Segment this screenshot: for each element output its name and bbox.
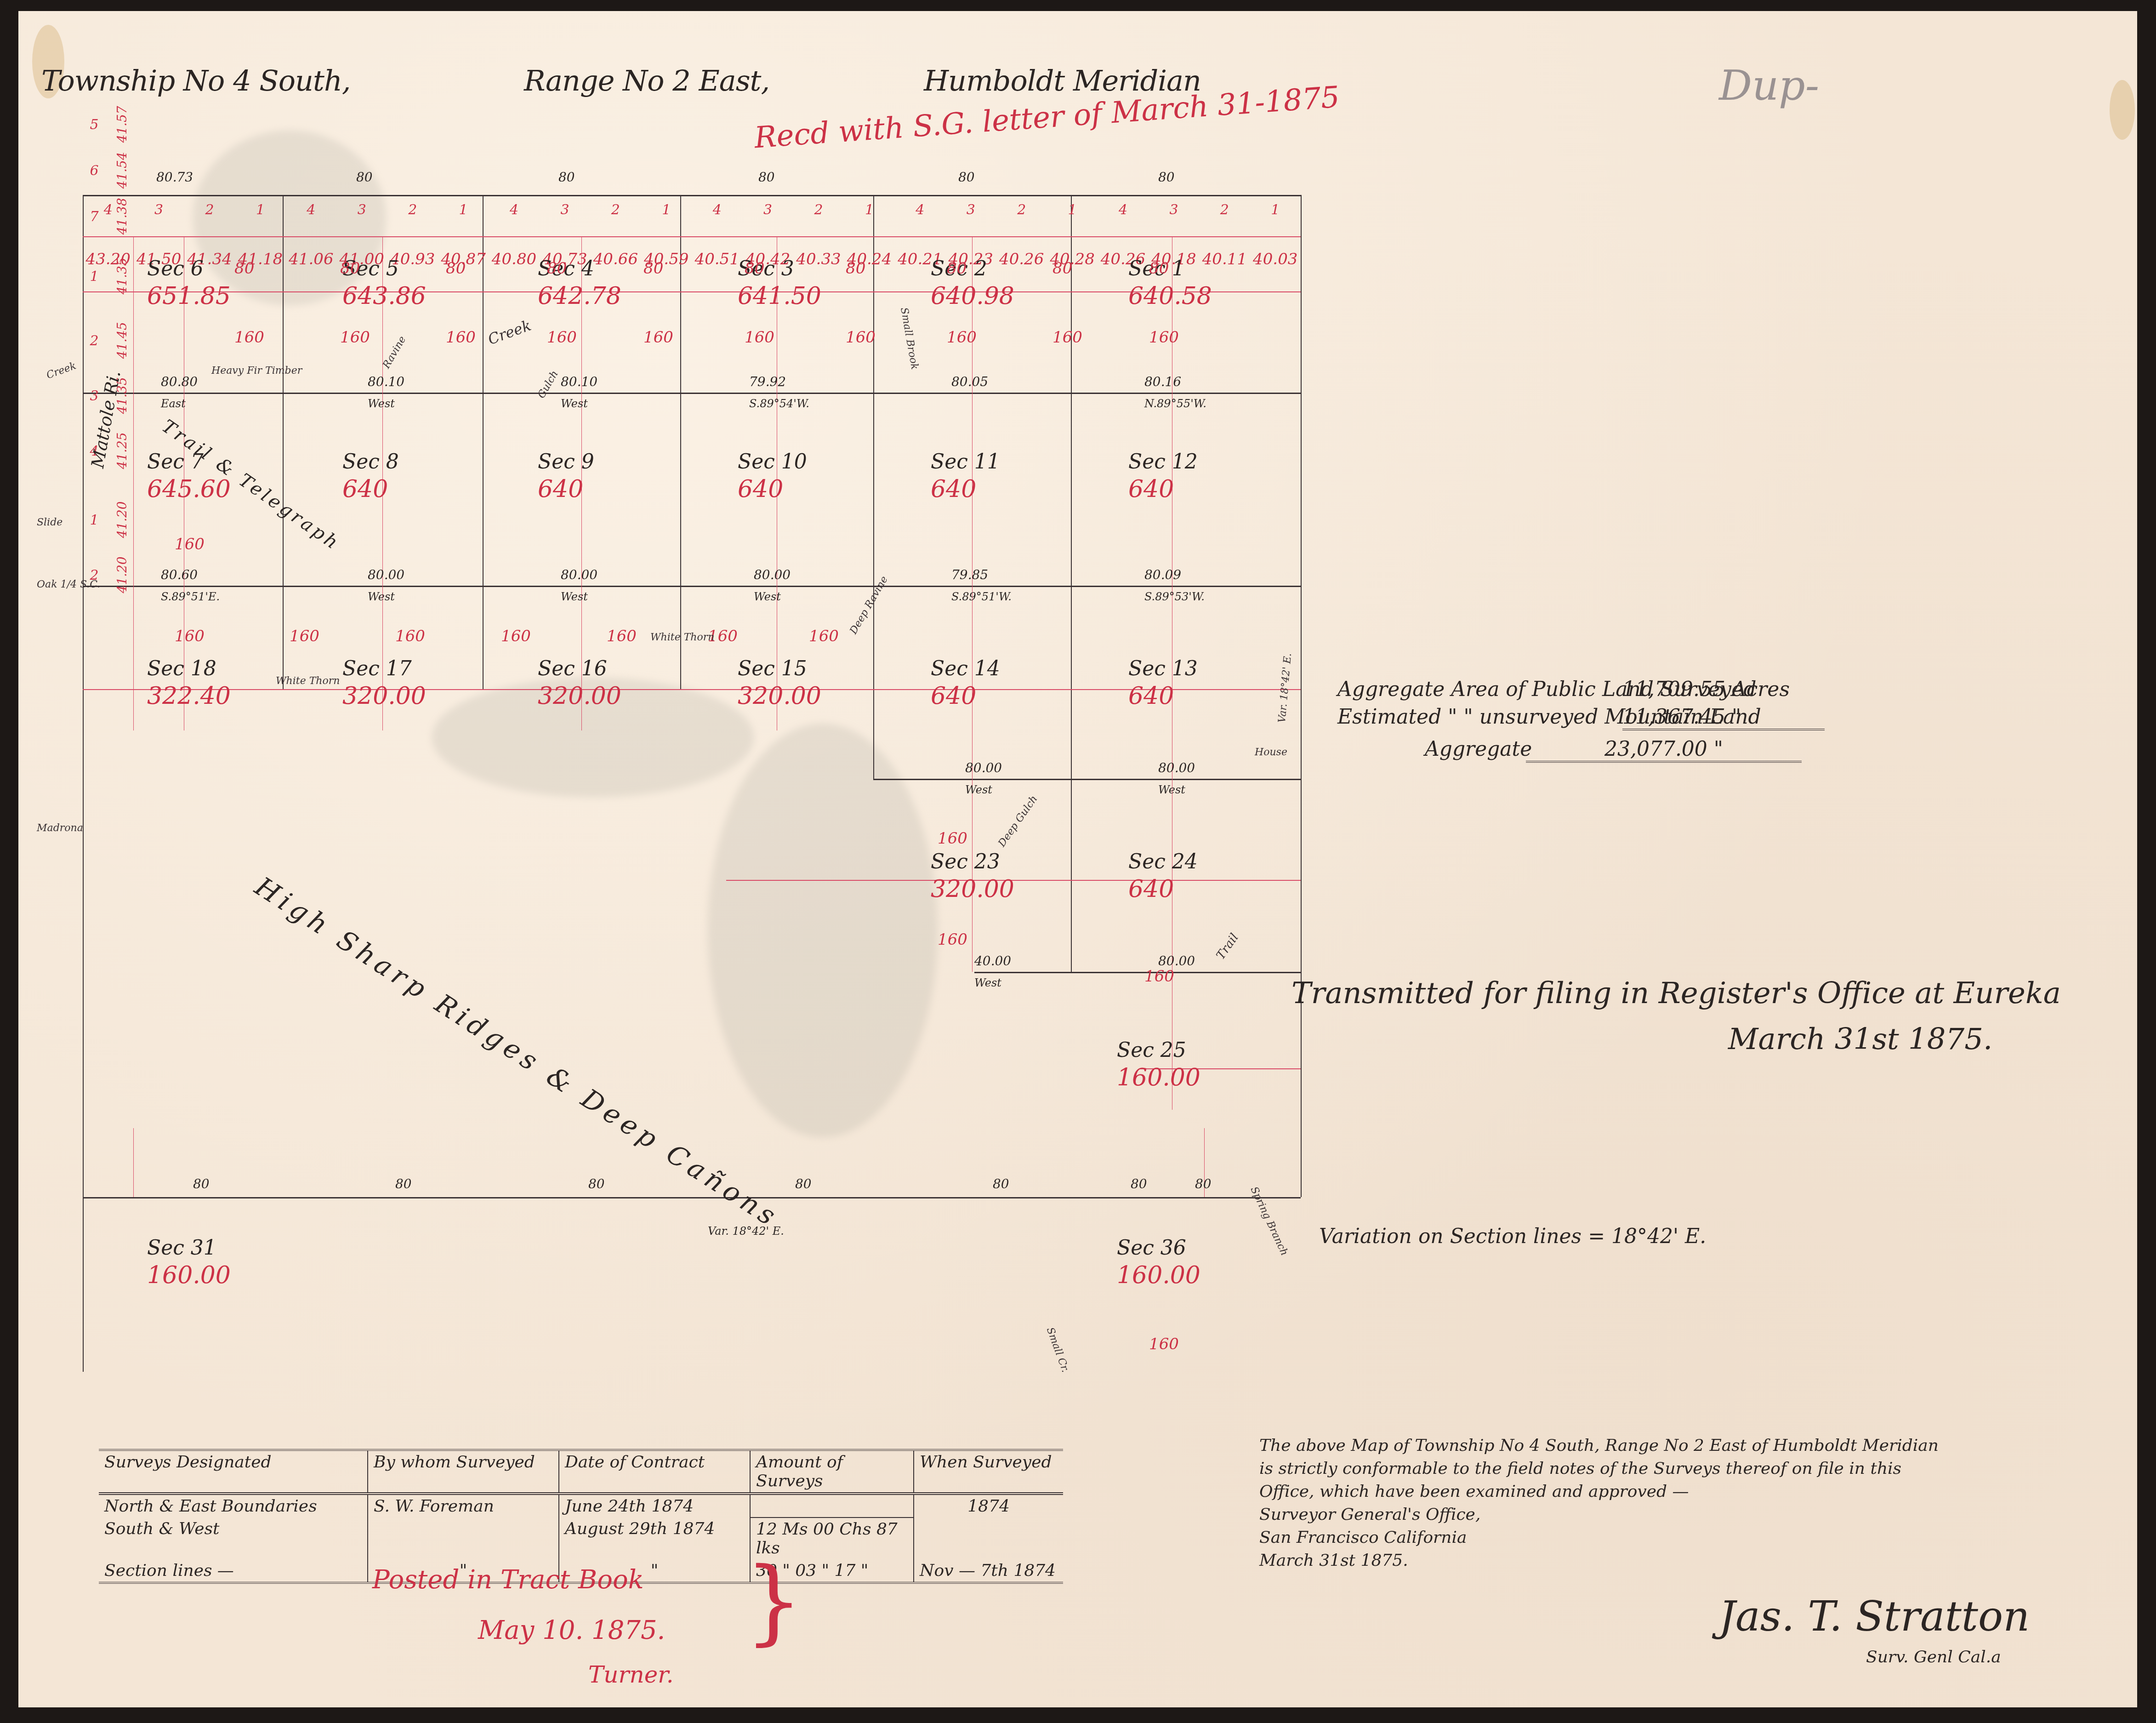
lot-number: 3 <box>133 202 184 218</box>
lot-number: 2 <box>1199 202 1250 218</box>
lot-area: 41.20 <box>114 501 130 538</box>
chain-distance: 80 <box>1195 1176 1212 1192</box>
section-area: 640.58 <box>1128 282 1212 310</box>
section-line-row1 <box>83 393 1301 394</box>
quarter-area: 160 <box>938 930 967 949</box>
table-row: North & East Boundaries S. W. Foreman Ju… <box>99 1494 1063 1518</box>
chain-distance: 80 <box>795 1176 812 1192</box>
section-label: Sec 24 <box>1128 850 1198 873</box>
quarter-area: 160 <box>501 627 531 645</box>
lot-area: 40.33 <box>793 250 844 268</box>
line-bearing: West <box>368 590 395 603</box>
chain-label: 80 <box>758 170 775 185</box>
chain-distance: 80.60 <box>161 567 198 582</box>
quarter-area: 80 <box>1149 259 1169 278</box>
quarter-area: 160 <box>846 328 876 347</box>
lot-line <box>83 236 1301 237</box>
lot-number: 1 <box>85 512 103 528</box>
line-bearing: S.89°54'W. <box>749 397 809 410</box>
cert-line-2: is strictly conformable to the field not… <box>1259 1459 1901 1478</box>
quarter-area: 160 <box>175 535 205 553</box>
oak-label: Oak 1/4 S.C. <box>37 579 100 590</box>
posted-line-3: Turner. <box>588 1661 674 1688</box>
section-area: 160.00 <box>147 1261 231 1289</box>
section-label: Sec 9 <box>538 450 594 474</box>
quarter-area: 160 <box>1052 328 1082 347</box>
column-header: Date of Contract <box>559 1450 750 1494</box>
slide-label: Slide <box>37 517 63 528</box>
chain-distance: 80.80 <box>161 374 198 389</box>
timber-label: Heavy Fir Timber <box>211 365 302 377</box>
chain-distance: 79.92 <box>749 374 786 389</box>
column-header: Amount of Surveys <box>750 1450 914 1494</box>
lot-area: 40.11 <box>1199 250 1250 268</box>
section-label: Sec 14 <box>931 657 1000 680</box>
lot-number: 1 <box>641 202 692 218</box>
quarter-area: 160 <box>745 328 774 347</box>
table-cell <box>914 1518 1063 1559</box>
section-label: Sec 25 <box>1117 1038 1186 1062</box>
table-cell: South & West <box>99 1518 368 1559</box>
lot-number: 2 <box>85 333 103 349</box>
section-area: 641.50 <box>738 282 821 310</box>
aggregate-total-value: 23,077.00 " <box>1526 737 1802 763</box>
section-line-row4 <box>974 972 1301 973</box>
quarter-area: 80 <box>234 259 254 278</box>
lot-number: 1 <box>1047 202 1098 218</box>
lot-area: 40.51 <box>692 250 742 268</box>
section-area: 640 <box>342 475 388 503</box>
lot-number: 7 <box>85 209 103 225</box>
posted-line-1: Posted in Tract Book <box>372 1565 644 1595</box>
line-bearing: East <box>161 397 186 410</box>
chain-label: 80.73 <box>156 170 193 185</box>
lot-number: 1 <box>1250 202 1301 218</box>
chain-distance: 80.00 <box>368 567 404 582</box>
section-line-row3 <box>873 779 1301 780</box>
quarter-area: 80 <box>643 259 663 278</box>
quarter-area: 80 <box>446 259 466 278</box>
section-area: 320.00 <box>738 682 821 710</box>
chain-distance: 80.10 <box>561 374 597 389</box>
lot-area: 41.54 <box>114 152 130 188</box>
chain-distance: 79.85 <box>951 567 988 582</box>
duplicate-mark: Dup- <box>1719 62 1819 110</box>
lot-line <box>83 291 1301 292</box>
section-line-col <box>283 195 284 689</box>
section-area: 322.40 <box>147 682 231 710</box>
lot-area: 41.20 <box>114 556 130 593</box>
section-label: Sec 11 <box>931 450 1000 474</box>
lot-area: 41.25 <box>114 432 130 469</box>
lot-number: 4 <box>895 202 945 218</box>
quarter-area: 160 <box>1149 328 1179 347</box>
section-label: Sec 16 <box>538 657 607 680</box>
section-area: 640 <box>931 682 976 710</box>
line-bearing: West <box>1158 783 1185 796</box>
lot-number: 6 <box>85 163 103 179</box>
lot-number: 1 <box>438 202 489 218</box>
chain-distance: 80.09 <box>1144 567 1181 582</box>
lot-number: 4 <box>489 202 539 218</box>
lot-number: 3 <box>945 202 996 218</box>
quarter-area: 80 <box>340 259 360 278</box>
section-area: 640 <box>538 475 583 503</box>
chain-label: 80 <box>958 170 975 185</box>
lot-number: 2 <box>590 202 641 218</box>
variation-note: Variation on Section lines = 18°42' E. <box>1319 1225 1706 1248</box>
table-cell: North & East Boundaries <box>99 1494 368 1518</box>
lot-area: 41.57 <box>114 106 130 143</box>
cert-line-6: March 31st 1875. <box>1259 1551 1408 1570</box>
section-label: Sec 6 <box>147 257 204 280</box>
section-label: Sec 17 <box>342 657 412 680</box>
table-row: South & West August 29th 1874 12 Ms 00 C… <box>99 1518 1063 1559</box>
brace-icon: } <box>745 1556 803 1648</box>
quarter-area: 160 <box>1149 1335 1179 1353</box>
quarter-area: 80 <box>846 259 865 278</box>
chain-distance: 80.00 <box>1158 953 1195 969</box>
quarter-area: 160 <box>1144 967 1174 986</box>
table-cell: 1874 <box>914 1494 1063 1518</box>
section-area: 645.60 <box>147 475 231 503</box>
section-area: 640 <box>738 475 783 503</box>
chain-distance: 80.05 <box>951 374 988 389</box>
section-area: 160.00 <box>1117 1261 1200 1289</box>
survey-plat-sheet: Township No 4 South, Range No 2 East, Hu… <box>18 11 2137 1707</box>
table-cell: Section lines — <box>99 1559 368 1583</box>
quarter-area: 160 <box>547 328 577 347</box>
chain-distance: 80.10 <box>368 374 404 389</box>
thorn-label: White Thorn <box>650 632 714 643</box>
section-line-col <box>873 195 874 779</box>
aggregate-line-1-value: 11,709.55 Acres <box>1622 678 1790 701</box>
section-label: Sec 8 <box>342 450 399 474</box>
lot-line <box>133 236 134 730</box>
lot-area: 41.35 <box>114 257 130 294</box>
quarter-area: 80 <box>1052 259 1072 278</box>
surveyor-title: Surv. Genl Cal.a <box>1866 1648 2001 1666</box>
line-bearing: N.89°55'W. <box>1144 397 1206 410</box>
table-cell: August 29th 1874 <box>559 1518 750 1559</box>
quarter-area: 80 <box>745 259 764 278</box>
line-bearing: S.89°53'W. <box>1144 590 1205 603</box>
lot-area: 41.45 <box>114 322 130 359</box>
chain-distance: 80 <box>588 1176 605 1192</box>
line-bearing: West <box>974 976 1001 989</box>
table-cell: June 24th 1874 <box>559 1494 750 1518</box>
posted-line-2: May 10. 1875. <box>478 1615 665 1645</box>
lot-number: 2 <box>996 202 1047 218</box>
north-boundary <box>83 195 1301 196</box>
table-cell: Nov — 7th 1874 <box>914 1559 1063 1583</box>
section-area: 640 <box>1128 875 1174 903</box>
quarter-area: 160 <box>175 627 205 645</box>
lot-area: 40.26 <box>996 250 1047 268</box>
cert-line-1: The above Map of Township No 4 South, Ra… <box>1259 1436 1939 1455</box>
chain-distance: 80 <box>193 1176 210 1192</box>
half-section-line <box>133 1128 134 1197</box>
section-area: 640 <box>1128 682 1174 710</box>
lot-number: 1 <box>844 202 894 218</box>
lot-number: 3 <box>540 202 590 218</box>
lot-area: 41.06 <box>286 250 336 268</box>
lot-number: 4 <box>692 202 742 218</box>
lot-number: 4 <box>1098 202 1148 218</box>
line-bearing: West <box>561 397 588 410</box>
cert-line-3: Office, which have been examined and app… <box>1259 1482 1689 1501</box>
lot-area: 41.38 <box>114 198 130 234</box>
section-area: 320.00 <box>538 682 621 710</box>
chain-distance: 80.16 <box>1144 374 1181 389</box>
quarter-area: 80 <box>547 259 567 278</box>
column-header: By whom Surveyed <box>368 1450 559 1494</box>
section-line-col <box>680 195 681 689</box>
line-bearing: West <box>754 590 781 603</box>
chain-distance: 80 <box>395 1176 412 1192</box>
section-label: Sec 18 <box>147 657 216 680</box>
table-cell <box>750 1494 914 1518</box>
section-area: 160.00 <box>1117 1064 1200 1091</box>
chain-distance: 80.00 <box>1158 760 1195 776</box>
table-cell <box>368 1518 559 1559</box>
section-label: Sec 23 <box>931 850 1000 873</box>
lot-number: 3 <box>742 202 793 218</box>
cert-line-5: San Francisco California <box>1259 1528 1467 1547</box>
madrona-label: Madrona <box>37 822 83 834</box>
section-label: Sec 12 <box>1128 450 1198 474</box>
section-area: 320.00 <box>931 875 1014 903</box>
line-bearing: West <box>561 590 588 603</box>
lot-number: 2 <box>793 202 844 218</box>
lot-number: 4 <box>286 202 336 218</box>
quarter-area: 160 <box>395 627 425 645</box>
quarter-area: 160 <box>290 627 319 645</box>
section-label: Sec 13 <box>1128 657 1198 680</box>
table-header-row: Surveys Designated By whom Surveyed Date… <box>99 1450 1063 1494</box>
table-cell: S. W. Foreman <box>368 1494 559 1518</box>
house-label: House <box>1255 747 1287 758</box>
chain-label: 80 <box>356 170 373 185</box>
lot-number: 2 <box>184 202 235 218</box>
lot-number: 5 <box>85 117 103 133</box>
quarter-area: 160 <box>643 328 673 347</box>
line-bearing: West <box>368 397 395 410</box>
quarter-area: 160 <box>234 328 264 347</box>
chain-distance: 80.00 <box>561 567 597 582</box>
section-area: 640 <box>1128 475 1174 503</box>
lot-number: 3 <box>336 202 387 218</box>
chain-label: 80 <box>1158 170 1175 185</box>
chain-distance: 80 <box>1131 1176 1147 1192</box>
chain-distance: 80.00 <box>754 567 791 582</box>
west-boundary <box>83 195 84 1372</box>
section-area: 651.85 <box>147 282 231 310</box>
line-bearing: S.89°51'E. <box>161 590 220 603</box>
range-title: Range No 2 East, <box>524 64 769 97</box>
section-line-row2 <box>83 586 1301 587</box>
quarter-area: 160 <box>446 328 476 347</box>
quarter-area: 160 <box>340 328 370 347</box>
section-area: 643.86 <box>342 282 426 310</box>
column-header: When Surveyed <box>914 1450 1063 1494</box>
section-label: Sec 15 <box>738 657 807 680</box>
chain-distance: 40.00 <box>974 953 1011 969</box>
section-line-col <box>483 195 484 689</box>
lot-number: 1 <box>235 202 285 218</box>
quarter-area: 80 <box>947 259 967 278</box>
lot-number: 3 <box>1149 202 1199 218</box>
section-area: 640 <box>931 475 976 503</box>
surveys-table: Surveys Designated By whom Surveyed Date… <box>99 1449 1063 1584</box>
quarter-area: 160 <box>607 627 637 645</box>
township-title: Township No 4 South, <box>41 64 351 97</box>
chain-distance: 80.00 <box>965 760 1002 776</box>
transmitted-date: March 31st 1875. <box>1728 1022 1992 1056</box>
transmitted-note: Transmitted for filing in Register's Off… <box>1291 976 2061 1010</box>
section-area: 640.98 <box>931 282 1014 310</box>
quarter-area: 160 <box>938 829 967 848</box>
chain-distance: 80 <box>993 1176 1009 1192</box>
east-boundary <box>1301 195 1302 1197</box>
south-boundary <box>83 1197 1301 1198</box>
surveyor-signature: Jas. T. Stratton <box>1719 1592 2030 1641</box>
section-label: Sec 36 <box>1117 1236 1186 1260</box>
thorn-label: White Thorn <box>276 675 340 687</box>
lot-number: 2 <box>387 202 438 218</box>
lot-area: 40.03 <box>1250 250 1301 268</box>
section-label: Sec 31 <box>147 1236 216 1260</box>
quarter-area: 160 <box>947 328 977 347</box>
lot-area: 40.66 <box>590 250 641 268</box>
line-bearing: West <box>965 783 992 796</box>
aggregate-line-2-value: 11,367.45 " <box>1622 705 1825 730</box>
section-line-col <box>1071 195 1072 972</box>
half-section-line <box>83 689 1301 690</box>
lot-number: 1 <box>85 268 103 285</box>
column-header: Surveys Designated <box>99 1450 368 1494</box>
creek-label: Creek <box>45 360 78 381</box>
lot-area: 40.80 <box>489 250 539 268</box>
section-area: 320.00 <box>342 682 426 710</box>
section-area: 642.78 <box>538 282 621 310</box>
section-label: Sec 10 <box>738 450 807 474</box>
line-bearing: S.89°51'W. <box>951 590 1012 603</box>
cert-line-4: Surveyor General's Office, <box>1259 1505 1480 1524</box>
aggregate-total-label: Aggregate <box>1425 737 1532 761</box>
chain-label: 80 <box>558 170 575 185</box>
water-stain <box>2110 80 2135 140</box>
quarter-area: 160 <box>809 627 839 645</box>
